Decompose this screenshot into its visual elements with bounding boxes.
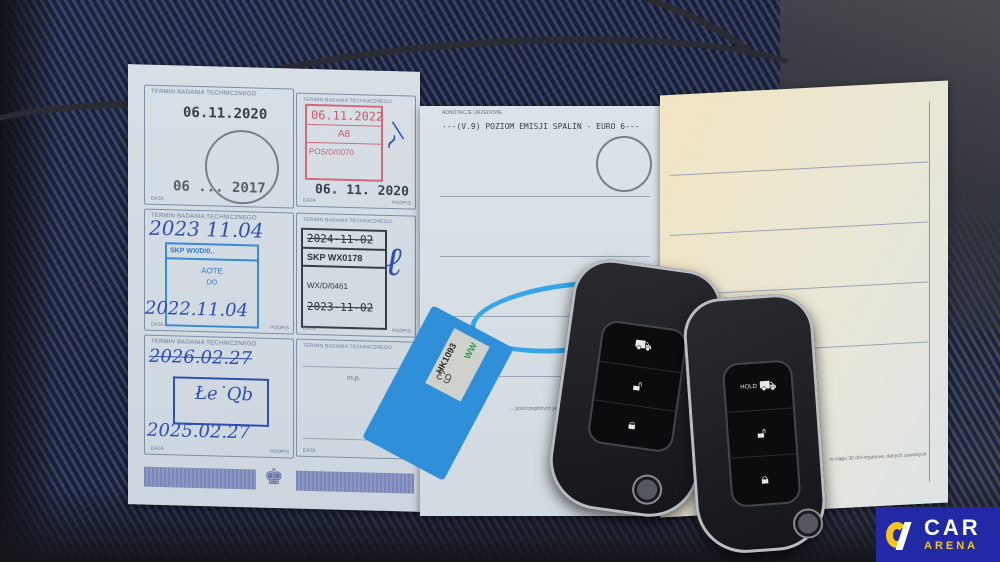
car-arena-logo-icon: [886, 518, 914, 552]
fine-print: w ciągu 30 dni organowi, danych zawartyc…: [830, 452, 926, 463]
rule-line: [670, 162, 928, 177]
rule-line: [440, 196, 650, 197]
emission-note: ---(V.9) POZIOM EMISJI SPALIN - EURO 6--…: [442, 122, 639, 131]
sign-label: PODPIS: [270, 449, 289, 455]
sign-label: PODPIS: [392, 328, 411, 334]
stamp-date: 06.11.2022: [307, 106, 381, 126]
sign-label: PODPIS: [270, 325, 289, 331]
trunk-icon: HOLD⛟: [724, 361, 793, 413]
tag-mark: WW: [462, 341, 479, 361]
rule-line: [670, 222, 928, 237]
typed-date: 06.11.2020: [183, 105, 267, 123]
round-official-stamp: [596, 136, 652, 192]
typed-date: 06. 11. 2020: [315, 182, 409, 199]
cell-label: TERMIN BADANIA TECHNICZNEGO: [151, 89, 257, 98]
key-button-pad: ⛟ 🔓︎ 🔒︎: [586, 319, 688, 454]
date-label: DATA: [303, 326, 316, 332]
inspection-cell: TERMIN BADANIA TECHNICZNEGO 06.11.2020 0…: [144, 85, 294, 209]
stamp-station: SKP WX0178: [303, 247, 385, 269]
handwritten-date: 2022.11.04: [145, 298, 248, 322]
car-key-fob: HOLD⛟ 🔓︎ 🔒︎: [681, 292, 829, 556]
lock-icon: 🔒︎: [730, 454, 799, 505]
tag-label: WW HK1093 63: [425, 328, 489, 402]
section-header: ADNOTACJE URZEDOWE: [442, 110, 502, 116]
stamp-text: 06 ... 2017: [173, 178, 266, 196]
seat-shadow: [0, 0, 60, 562]
black-inspection-stamp: 2024-11-02 SKP WX0178 WX/D/0461 2023-11-…: [301, 228, 387, 330]
car-arena-logo: CAR ARENA: [876, 507, 1000, 562]
stamp-date: 2023-11-02: [303, 300, 385, 315]
handwritten-date: 2025.02.27: [147, 420, 250, 444]
stamp-code: POS/D/0070: [307, 143, 381, 162]
logo-text-car: CAR: [924, 517, 981, 539]
stamp-mark: A8: [307, 124, 381, 145]
date-label: DATA: [303, 198, 316, 204]
stamp-date: 2024-11-02: [303, 230, 385, 249]
signature: ℓ: [385, 238, 402, 285]
security-band: [296, 471, 414, 494]
sign-label: PODPIS: [392, 200, 411, 206]
handwritten-date: 2026.02.27: [149, 346, 252, 370]
inspection-cell: TERMIN BADANIA TECHNICZNEGO 2026.02.27 Ł…: [144, 335, 294, 459]
inspection-cell: TERMIN BADANIA TECHNICZNEGO 2024-11-02 S…: [296, 213, 416, 338]
car-seat-background: TERMIN BADANIA TECHNICZNEGO 06.11.2020 0…: [0, 0, 1000, 562]
security-band: [144, 467, 256, 490]
date-label: DATA: [151, 446, 164, 452]
stamp-station: SKP WX/D/0..: [167, 244, 257, 261]
date-label: DATA: [151, 196, 164, 202]
signature: Łe˙Qb: [195, 383, 253, 406]
hold-label: HOLD: [740, 384, 757, 391]
handwritten-date: 2023 11.04: [149, 216, 264, 243]
stamp-label: DO: [167, 278, 257, 287]
page-border: [929, 101, 930, 481]
stamp-mark: AOTE: [167, 265, 257, 276]
date-label: DATA: [151, 322, 164, 328]
eagle-emblem-icon: ♚: [264, 464, 284, 491]
stamp-code: WX/D/0461: [303, 267, 385, 302]
key-button-pad: HOLD⛟ 🔓︎ 🔒︎: [722, 359, 802, 508]
inspection-cell: TERMIN BADANIA TECHNICZNEGO 2023 11.04 S…: [144, 209, 294, 335]
key-release-button: [632, 475, 661, 504]
rule-line: [440, 256, 650, 257]
date-label: DATA: [303, 448, 316, 454]
inspection-cell: TERMIN BADANIA TECHNICZNEGO 06.11.2022 A…: [296, 93, 416, 210]
cell-label: TERMIN BADANIA TECHNICZNEGO: [303, 217, 392, 225]
logo-text-arena: ARENA: [924, 541, 981, 552]
cell-label: TERMIN BADANIA TECHNICZNEGO: [303, 343, 392, 351]
rule-line: [303, 366, 409, 370]
red-inspection-stamp: 06.11.2022 A8 POS/D/0070: [305, 104, 383, 182]
unlock-icon: 🔓︎: [727, 408, 796, 460]
mp-label: m.p.: [347, 375, 361, 382]
